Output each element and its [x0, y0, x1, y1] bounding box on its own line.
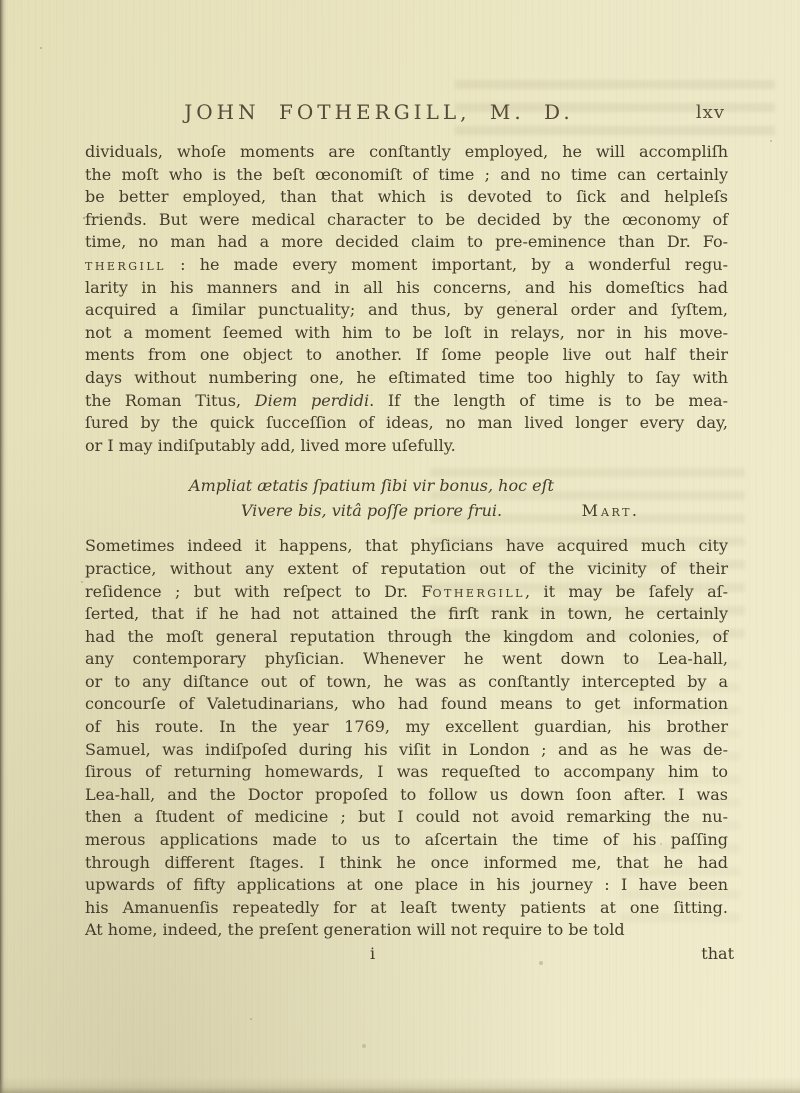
page-title: JOHN FOTHERGILL, M. D.: [85, 100, 673, 124]
text-line: ſured by the quick ſucceſſion of ideas, …: [85, 412, 728, 435]
text-line: Samuel, was indiſpoſed during his viſit …: [85, 739, 728, 762]
text-line: thergill : he made every moment importan…: [85, 254, 728, 277]
text-line: concourſe of Valetudinarians, who had fo…: [85, 693, 728, 716]
page-bottom-edge: [0, 1077, 800, 1093]
text-block: dividuals, whoſe moments are conſtantly …: [85, 141, 728, 966]
text-line: of his route. In the year 1769, my excel…: [85, 716, 728, 739]
text-line: his Amanuenſis repeatedly for at leaſt t…: [85, 897, 728, 920]
text-line: dividuals, whoſe moments are conſtantly …: [85, 141, 728, 164]
text-line: had the moſt general reputation through …: [85, 626, 728, 649]
text-line: be better employed, than that which is d…: [85, 186, 728, 209]
text-line: or to any diſtance out of town, he was a…: [85, 671, 728, 694]
text-line: acquired a ſimilar punctuality; and thus…: [85, 299, 728, 322]
text-line: ments from one object to another. If ſom…: [85, 344, 728, 367]
text-line: At home, indeed, the preſent generation …: [85, 919, 728, 942]
text-line: not a moment ſeemed with him to be loſt …: [85, 322, 728, 345]
text-line: upwards of fifty applications at one pla…: [85, 874, 728, 897]
text-line: merous applications made to us to aſcert…: [85, 829, 728, 852]
text-line: the Roman Titus, Diem perdidi. If the le…: [85, 390, 728, 413]
page-number: lxv: [696, 102, 725, 123]
quote-attribution: Mart.: [582, 498, 640, 523]
text-line: Sometimes indeed it happens, that phyſic…: [85, 535, 728, 558]
text-line: reſidence ; but with reſpect to Dr. Foth…: [85, 581, 728, 604]
text-line: ſirous of returning homewards, I was req…: [85, 761, 728, 784]
quote-line-1: Ampliat ætatis ſpatium ſibi vir bonus, h…: [85, 473, 658, 498]
text-line: practice, without any extent of reputati…: [85, 558, 728, 581]
text-line: the moſt who is the beſt œconomiſt of ti…: [85, 164, 728, 187]
page-left-edge: [0, 0, 7, 1093]
text-line: time, no man had a more decided claim to…: [85, 231, 728, 254]
quote-line-2: Vivere bis, vitâ poſſe priore frui.: [85, 498, 658, 523]
text-line: then a ſtudent of medicine ; but I could…: [85, 806, 728, 829]
signature-mark: i: [370, 943, 375, 966]
text-line: days without numbering one, he eſtimated…: [85, 367, 728, 390]
foot-line: i that: [85, 943, 728, 966]
text-line: friends. But were medical character to b…: [85, 209, 728, 232]
text-line: through different ſtages. I think he onc…: [85, 852, 728, 875]
text-line: any contemporary phyſician. Whenever he …: [85, 648, 728, 671]
text-line: ſerted, that if he had not attained the …: [85, 603, 728, 626]
text-line: or I may indiſputably add, lived more uſ…: [85, 435, 728, 458]
paragraph-1: dividuals, whoſe moments are conſtantly …: [85, 141, 728, 457]
catchword: that: [701, 943, 734, 966]
paragraph-2: Sometimes indeed it happens, that phyſic…: [85, 535, 728, 942]
text-line: larity in his manners and in all his con…: [85, 277, 728, 300]
book-page: JOHN FOTHERGILL, M. D. lxv dividuals, wh…: [0, 0, 800, 1093]
text-line: Lea-hall, and the Doctor propoſed to fol…: [85, 784, 728, 807]
running-head: JOHN FOTHERGILL, M. D. lxv: [85, 100, 728, 128]
latin-quote: Ampliat ætatis ſpatium ſibi vir bonus, h…: [85, 473, 728, 523]
